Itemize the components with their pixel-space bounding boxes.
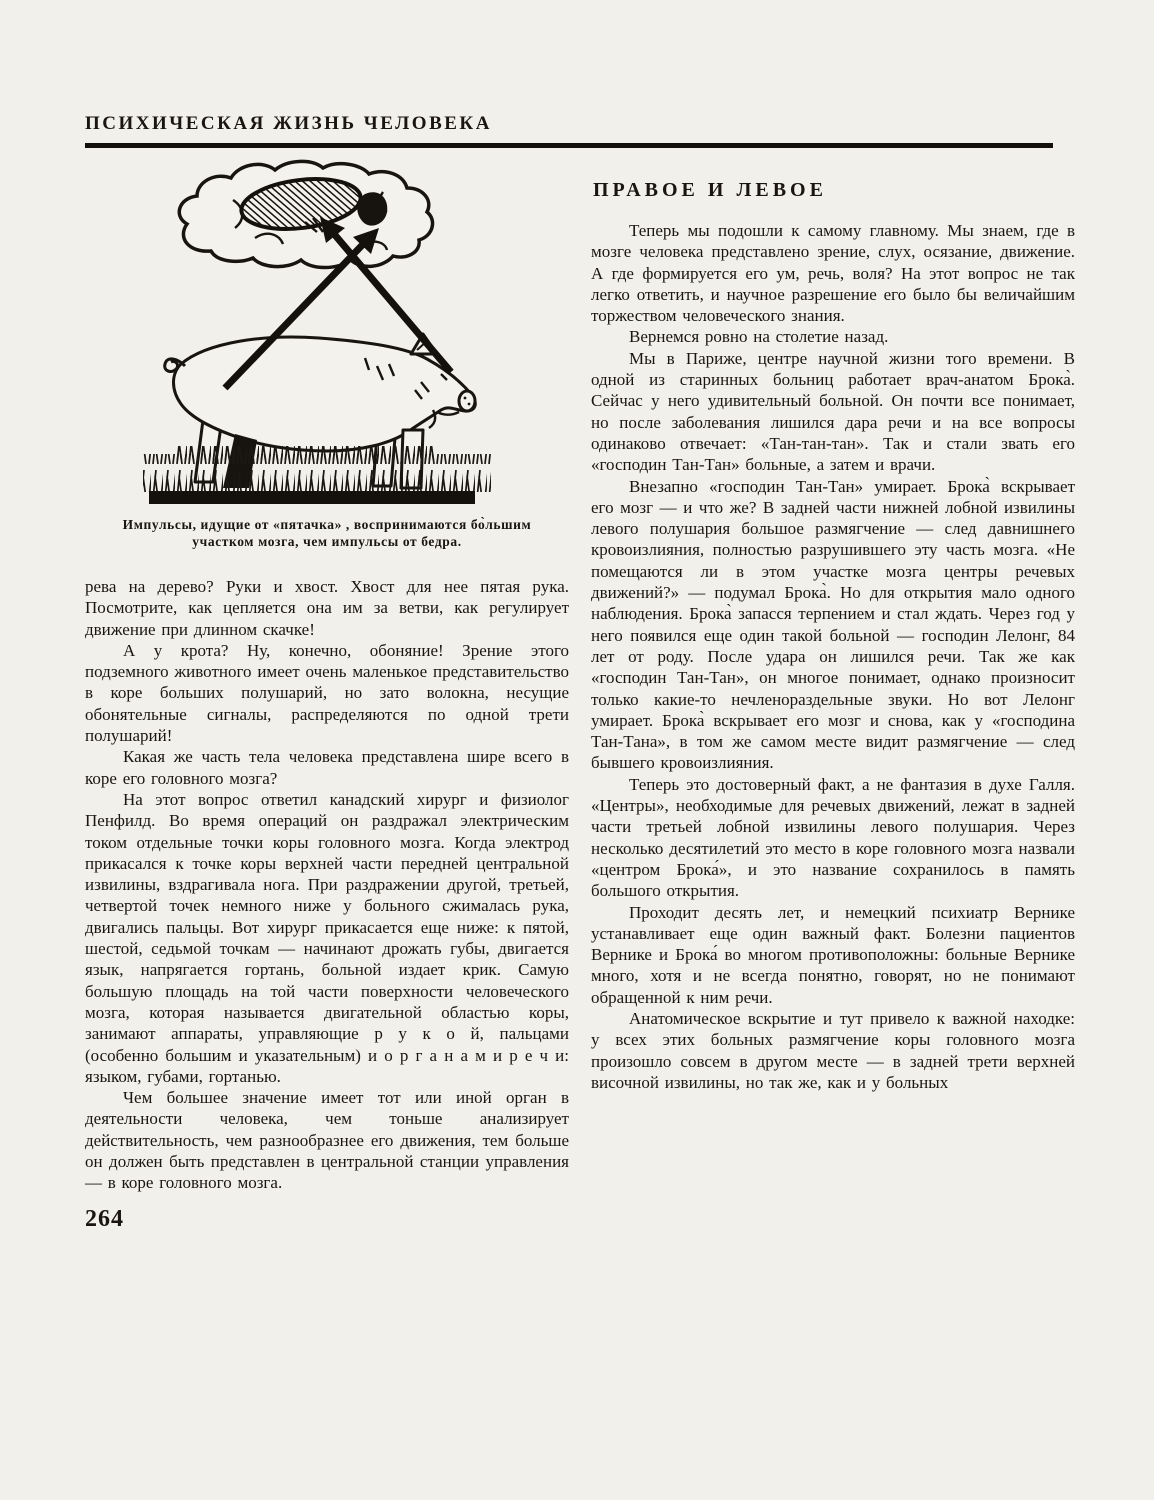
book-page: ПСИХИЧЕСКАЯ ЖИЗНЬ ЧЕЛОВЕКА xyxy=(0,0,1154,1500)
pig-brain-illustration xyxy=(115,158,539,510)
section-heading: ПРАВОЕ И ЛЕВОЕ xyxy=(593,178,1075,202)
paragraph: Теперь это достоверный факт, а не фантаз… xyxy=(591,774,1075,902)
left-column: Импульсы, идущие от «пятачка» , восприни… xyxy=(85,158,569,1233)
ground-bar xyxy=(149,491,475,504)
caption-line: участком мозга, чем импульсы от бедра. xyxy=(85,533,569,550)
page-number: 264 xyxy=(85,1206,124,1232)
paragraph: Какая же часть тела человека представлен… xyxy=(85,746,569,789)
caption-line: Импульсы, идущие от «пятачка» , восприни… xyxy=(85,516,569,533)
figure: Импульсы, идущие от «пятачка» , восприни… xyxy=(85,158,569,550)
paragraph: На этот вопрос ответил канадский хирург … xyxy=(85,789,569,1087)
paragraph: Мы в Париже, центре научной жизни того в… xyxy=(591,348,1075,476)
running-header: ПСИХИЧЕСКАЯ ЖИЗНЬ ЧЕЛОВЕКА xyxy=(85,112,1075,136)
paragraph: Вернемся ровно на столетие назад. xyxy=(591,326,1075,347)
columns: Импульсы, идущие от «пятачка» , восприни… xyxy=(85,158,1075,1233)
figure-caption: Импульсы, идущие от «пятачка» , восприни… xyxy=(85,516,569,550)
page-footer: 264 xyxy=(85,1206,569,1233)
paragraph: Проходит десять лет, и немецкий психиатр… xyxy=(591,902,1075,1008)
paragraph: Внезапно «господин Тан-Тан» умирает. Бро… xyxy=(591,476,1075,774)
paragraph: рева на дерево? Руки и хвост. Хвост для … xyxy=(85,576,569,640)
paragraph: Теперь мы подошли к самому главному. Мы … xyxy=(591,220,1075,326)
paragraph: Анатомическое вскрытие и тут привело к в… xyxy=(591,1008,1075,1093)
header-rule xyxy=(85,143,1053,148)
paragraph: А у крота? Ну, конечно, обоняние! Зрение… xyxy=(85,640,569,746)
right-column: ПРАВОЕ И ЛЕВОЕ Теперь мы подошли к самом… xyxy=(591,158,1075,1233)
paragraph: Чем большее значение имеет тот или иной … xyxy=(85,1087,569,1193)
